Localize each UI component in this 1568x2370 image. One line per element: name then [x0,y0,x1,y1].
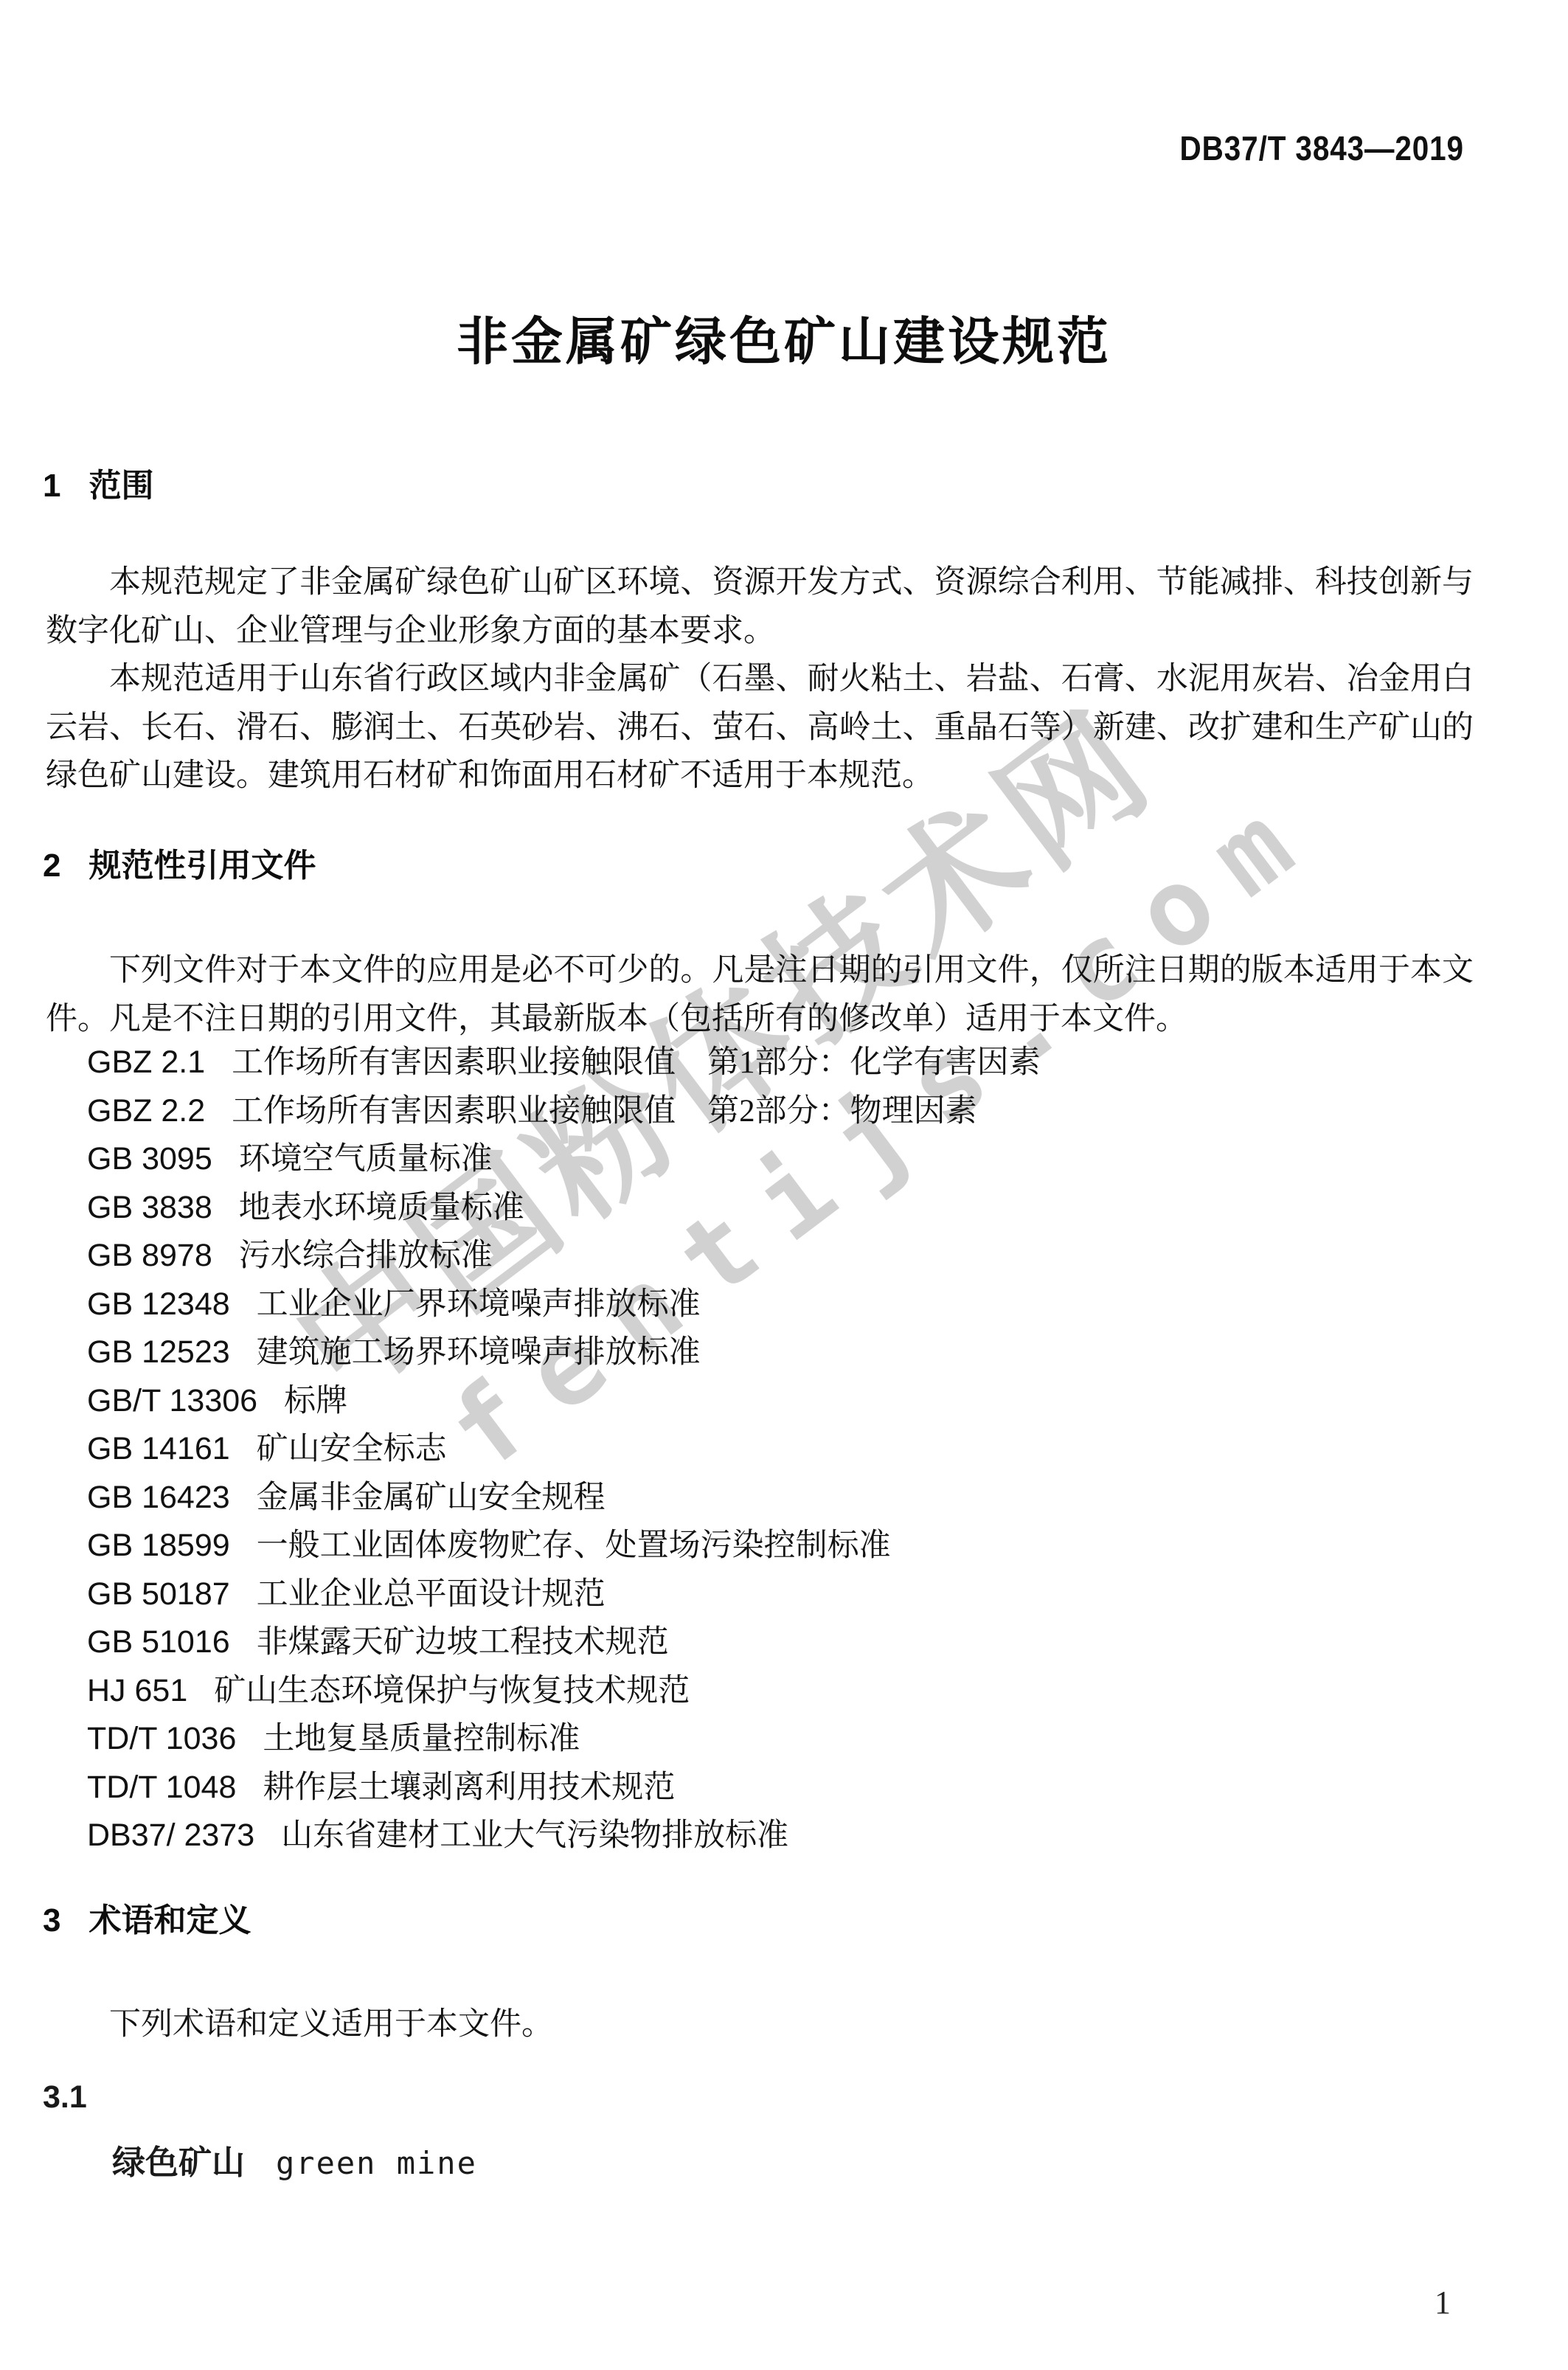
reference-code: GBZ 2.2 [87,1093,205,1129]
reference-code: GB 14161 [87,1431,230,1466]
reference-code: GB 18599 [87,1528,230,1563]
reference-item: GB 16423金属非金属矿山安全规程 [87,1474,1481,1522]
reference-code: GB 12523 [87,1334,230,1370]
section1-number: 1 [43,468,60,504]
reference-title: 标牌 [284,1384,347,1418]
content-layer: DB37/T 3843—2019 非金属矿绿色矿山建设规范 1范围 本规范规定了… [0,0,1568,2370]
reference-item: DB37/ 2373山东省建材工业大气污染物排放标准 [87,1812,1481,1860]
page-number: 1 [1435,2287,1451,2319]
reference-code: TD/T 1036 [87,1721,236,1756]
reference-item: GB 18599一般工业固体废物贮存、处置场污染控制标准 [87,1522,1481,1570]
reference-code: GBZ 2.1 [87,1044,205,1080]
reference-title: 污水综合排放标准 [239,1238,493,1273]
section1-heading: 1范围 [43,470,153,502]
reference-item: GBZ 2.1工作场所有害因素职业接触限值 第1部分：化学有害因素 [87,1039,1481,1087]
reference-title: 工业企业厂界环境噪声排放标准 [257,1287,701,1322]
section2-heading-text: 规范性引用文件 [89,848,316,884]
reference-title: 土地复垦质量控制标准 [263,1722,580,1756]
reference-item: GB/T 13306标牌 [87,1377,1481,1426]
reference-item: HJ 651矿山生态环境保护与恢复技术规范 [87,1667,1481,1716]
reference-code: GB 3095 [87,1141,212,1177]
section1-paragraph-1: 本规范规定了非金属矿绿色矿山矿区环境、资源开发方式、资源综合利用、节能减排、科技… [46,558,1474,655]
reference-code: GB/T 13306 [87,1383,257,1418]
reference-code: GB 12348 [87,1286,230,1322]
reference-title: 工作场所有害因素职业接触限值 第2部分：物理因素 [232,1094,977,1129]
reference-title: 山东省建材工业大气污染物排放标准 [281,1818,788,1853]
term-definition-line: 绿色矿山green mine [46,2143,477,2183]
document-page: 中国粉体技术网 fentijs.com DB37/T 3843—2019 非金属… [0,0,1568,2370]
reference-code: DB37/ 2373 [87,1818,254,1853]
section1-heading-text: 范围 [89,468,153,504]
reference-code: HJ 651 [87,1673,187,1708]
reference-title: 环境空气质量标准 [239,1142,493,1177]
reference-item: GB 12348工业企业厂界环境噪声排放标准 [87,1281,1481,1329]
reference-title: 耕作层土壤剥离利用技术规范 [263,1770,675,1805]
reference-item: GB 51016非煤露天矿边坡工程技术规范 [87,1618,1481,1667]
reference-title: 矿山安全标志 [257,1432,447,1466]
reference-code: GB 51016 [87,1624,230,1660]
reference-title: 工业企业总平面设计规范 [257,1577,606,1612]
document-code: DB37/T 3843—2019 [1180,131,1464,165]
reference-title: 一般工业固体废物贮存、处置场污染控制标准 [257,1528,891,1563]
reference-item: TD/T 1036土地复垦质量控制标准 [87,1715,1481,1764]
reference-title: 地表水环境质量标准 [239,1191,524,1225]
term-english: green mine [276,2145,477,2181]
section3-heading-text: 术语和定义 [89,1902,251,1938]
section2-heading: 2规范性引用文件 [43,850,316,882]
reference-code: GB 3838 [87,1190,212,1225]
reference-item: GB 3095环境空气质量标准 [87,1135,1481,1184]
reference-title: 工作场所有害因素职业接触限值 第1部分：化学有害因素 [232,1045,1041,1080]
reference-item: GB 8978污水综合排放标准 [87,1232,1481,1281]
section3-number: 3 [43,1902,60,1938]
section3-intro-paragraph: 下列术语和定义适用于本文件。 [46,2000,1474,2049]
term-chinese: 绿色矿山 [112,2144,245,2181]
reference-code: TD/T 1048 [87,1770,236,1805]
reference-code: GB 50187 [87,1576,230,1612]
references-list: GBZ 2.1工作场所有害因素职业接触限值 第1部分：化学有害因素 GBZ 2.… [87,1039,1481,1860]
reference-item: GBZ 2.2工作场所有害因素职业接触限值 第2部分：物理因素 [87,1087,1481,1136]
section3-heading: 3术语和定义 [43,1905,251,1937]
section2-number: 2 [43,848,60,884]
reference-item: GB 12523建筑施工场界环境噪声排放标准 [87,1328,1481,1377]
reference-title: 非煤露天矿边坡工程技术规范 [257,1625,669,1660]
reference-title: 金属非金属矿山安全规程 [257,1480,606,1515]
section1-paragraph-2: 本规范适用于山东省行政区域内非金属矿（石墨、耐火粘土、岩盐、石膏、水泥用灰岩、冶… [46,655,1474,800]
clause-3-1-number: 3.1 [43,2082,87,2113]
reference-item: GB 50187工业企业总平面设计规范 [87,1570,1481,1619]
reference-title: 矿山生态环境保护与恢复技术规范 [214,1674,690,1708]
reference-title: 建筑施工场界环境噪声排放标准 [257,1335,701,1370]
document-title: 非金属矿绿色矿山建设规范 [0,316,1568,367]
reference-code: GB 8978 [87,1238,212,1273]
reference-code: GB 16423 [87,1480,230,1515]
reference-item: TD/T 1048耕作层土壤剥离利用技术规范 [87,1764,1481,1812]
reference-item: GB 14161矿山安全标志 [87,1425,1481,1474]
reference-item: GB 3838地表水环境质量标准 [87,1184,1481,1233]
section2-intro-paragraph: 下列文件对于本文件的应用是必不可少的。凡是注日期的引用文件，仅所注日期的版本适用… [46,946,1474,1043]
